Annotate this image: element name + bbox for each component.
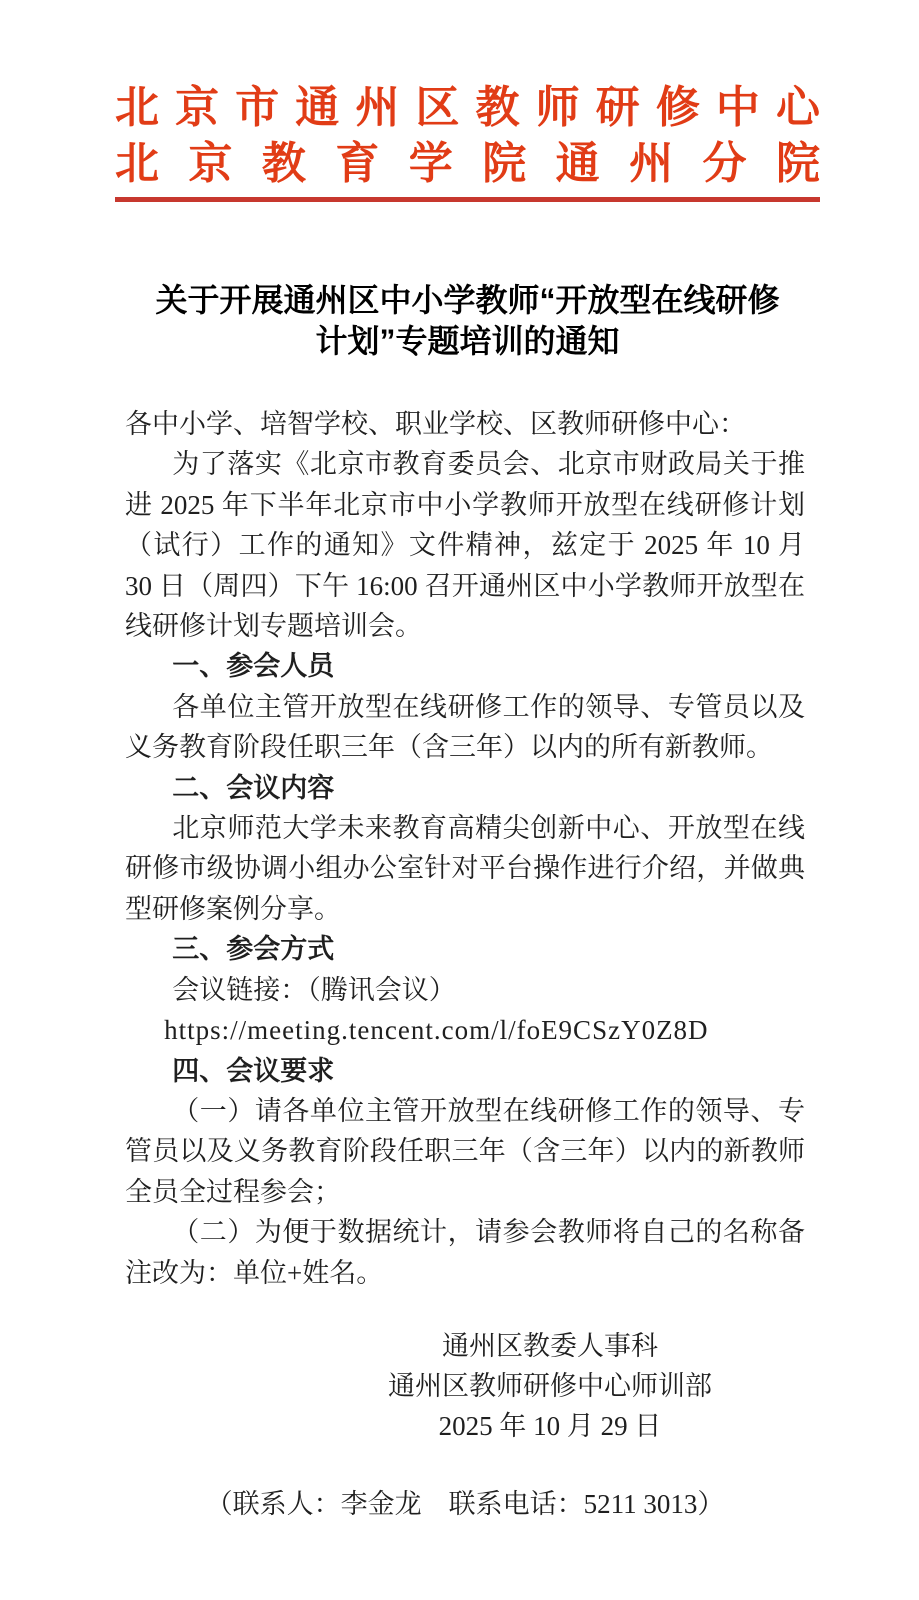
meeting-link-label: 会议链接：（腾讯会议） [125,970,805,1010]
signature-org-2: 通州区教师研修中心师训部 [310,1366,790,1406]
document-page: 北京市通州区教师研修中心 北京教育学院通州分院 关于开展通州区中小学教师“开放型… [0,0,919,1600]
signature-org-1: 通州区教委人事科 [310,1326,790,1366]
letterhead: 北京市通州区教师研修中心 北京教育学院通州分院 [115,80,820,202]
org-name-line-2: 北京教育学院通州分院 [115,136,820,192]
salutation: 各中小学、培智学校、职业学校、区教师研修中心： [125,404,805,444]
document-title: 关于开展通州区中小学教师“开放型在线研修 计划”专题培训的通知 [115,280,820,362]
section-2-text: 北京师范大学未来教育高精尖创新中心、开放型在线研修市级协调小组办公室针对平台操作… [125,808,805,929]
intro-paragraph: 为了落实《北京市教育委员会、北京市财政局关于推进 2025 年下半年北京市中小学… [125,444,805,646]
letterhead-divider-rule [115,197,820,202]
section-1-heading: 一、参会人员 [125,646,805,686]
meeting-link-url: https://meeting.tencent.com/l/foE9CSzY0Z… [125,1010,805,1050]
document-title-line-1: 关于开展通州区中小学教师“开放型在线研修 [115,280,820,321]
section-4-heading: 四、会议要求 [125,1051,805,1091]
signature-date: 2025 年 10 月 29 日 [310,1406,790,1446]
section-3-heading: 三、参会方式 [125,929,805,969]
requirement-item-1: （一）请各单位主管开放型在线研修工作的领导、专管员以及义务教育阶段任职三年（含三… [125,1091,805,1212]
requirement-item-2: （二）为便于数据统计，请参会教师将自己的名称备注改为：单位+姓名。 [125,1212,805,1293]
section-2-heading: 二、会议内容 [125,768,805,808]
document-body: 各中小学、培智学校、职业学校、区教师研修中心： 为了落实《北京市教育委员会、北京… [125,404,805,1293]
org-name-line-1: 北京市通州区教师研修中心 [115,80,820,136]
document-title-line-2: 计划”专题培训的通知 [115,321,820,362]
signature-block: 通州区教委人事科 通州区教师研修中心师训部 2025 年 10 月 29 日 [310,1326,790,1446]
section-1-text: 各单位主管开放型在线研修工作的领导、专管员以及义务教育阶段任职三年（含三年）以内… [125,687,805,768]
contact-line: （联系人：李金龙 联系电话：5211 3013） [125,1484,805,1524]
